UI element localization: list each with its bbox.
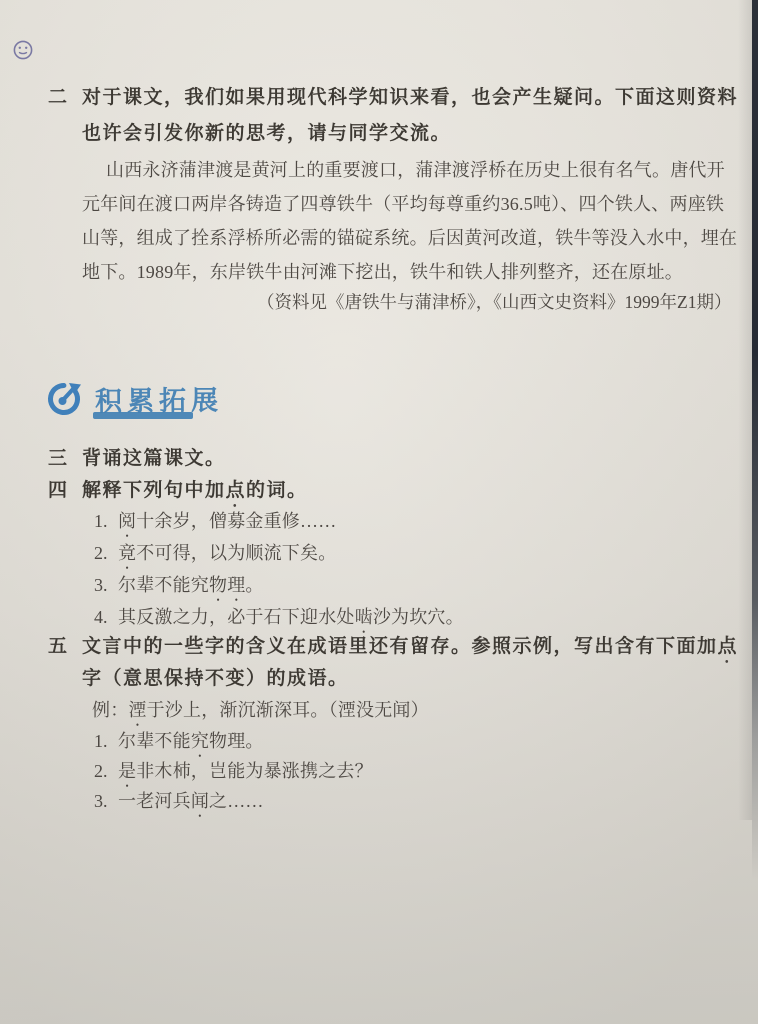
exercise-item: 1.尔辈不能究物理。 bbox=[94, 728, 264, 761]
item-number: 3. bbox=[94, 788, 118, 814]
exercise-item: 3.一老河兵闻之…… bbox=[94, 788, 264, 821]
exercise-item: 2.是非木杮，岂能为暴涨携之去？ bbox=[94, 758, 373, 791]
section-4-number: 四 bbox=[48, 478, 67, 504]
section-2-number: 二 bbox=[48, 85, 67, 111]
example-line: 例：湮于沙上，渐沉渐深耳。（湮没无闻） bbox=[92, 697, 429, 730]
textbook-page: 二 对于课文，我们如果用现代科学知识来看，也会产生疑问。下面这则资料 也许会引发… bbox=[0, 0, 758, 1024]
item-number: 2. bbox=[94, 758, 118, 784]
item-number: 3. bbox=[94, 572, 118, 598]
section-3-number: 三 bbox=[48, 446, 67, 472]
item-number: 2. bbox=[94, 540, 118, 566]
exercise-item: 3.尔辈不能究物理。 bbox=[94, 572, 264, 605]
book-edge-strip bbox=[752, 0, 758, 880]
resource-citation: （资料见《唐铁牛与蒲津桥》，《山西文史资料》1999年Z1期） bbox=[257, 289, 731, 315]
section-4-heading: 解释下列句中加点的词。 bbox=[82, 478, 308, 512]
exercise-item: 4.其反激之力，必于石下迎水处啮沙为坎穴。 bbox=[94, 604, 464, 637]
item-text: 一老河兵闻之…… bbox=[118, 791, 264, 811]
resource-paragraph-line-4: 地下。1989年，东岸铁牛由河滩下挖出，铁牛和铁人排列整齐，还在原址。 bbox=[82, 259, 683, 285]
circular-arrow-icon bbox=[45, 376, 85, 418]
item-text: 尔辈不能究物理。 bbox=[118, 731, 264, 751]
item-text: 阅十余岁，僧募金重修…… bbox=[118, 511, 336, 531]
section-2-line-2: 也许会引发你新的思考，请与同学交流。 bbox=[82, 121, 451, 147]
exercise-item: 2.竟不可得，以为顺流下矣。 bbox=[94, 540, 336, 573]
resource-paragraph-line-2: 元年间在渡口两岸各铸造了四尊铁牛（平均每尊重约36.5吨）、四个铁人、两座铁 bbox=[82, 191, 724, 217]
item-text: 是非木杮，岂能为暴涨携之去？ bbox=[118, 761, 373, 781]
page-edge-shadow bbox=[738, 0, 752, 820]
resource-paragraph-line-3: 山等，组成了拴系浮桥所必需的锚碇系统。后因黄河改道，铁牛等没入水中，埋在 bbox=[82, 225, 737, 251]
item-text: 尔辈不能究物理。 bbox=[118, 575, 264, 595]
item-number: 4. bbox=[94, 604, 118, 630]
smiley-face-icon bbox=[12, 39, 34, 61]
item-number: 1. bbox=[94, 508, 118, 534]
section-5-number: 五 bbox=[48, 634, 67, 660]
section-5-heading-line-2: 字（意思保持不变）的成语。 bbox=[82, 666, 349, 692]
resource-paragraph-line-1: 山西永济蒲津渡是黄河上的重要渡口，蒲津渡浮桥在历史上很有名气。唐代开 bbox=[106, 157, 725, 183]
section-5-heading-line-1: 文言中的一些字的含义在成语里还有留存。参照示例，写出含有下面加点 bbox=[82, 634, 738, 668]
section-2-line-1: 对于课文，我们如果用现代科学知识来看，也会产生疑问。下面这则资料 bbox=[82, 85, 738, 111]
title-underline-bar bbox=[93, 412, 193, 419]
item-text: 其反激之力，必于石下迎水处啮沙为坎穴。 bbox=[118, 607, 464, 627]
item-text: 竟不可得，以为顺流下矣。 bbox=[118, 543, 336, 563]
section-3-text: 背诵这篇课文。 bbox=[82, 446, 226, 472]
exercise-item: 1.阅十余岁，僧募金重修…… bbox=[94, 508, 336, 541]
item-number: 1. bbox=[94, 728, 118, 754]
